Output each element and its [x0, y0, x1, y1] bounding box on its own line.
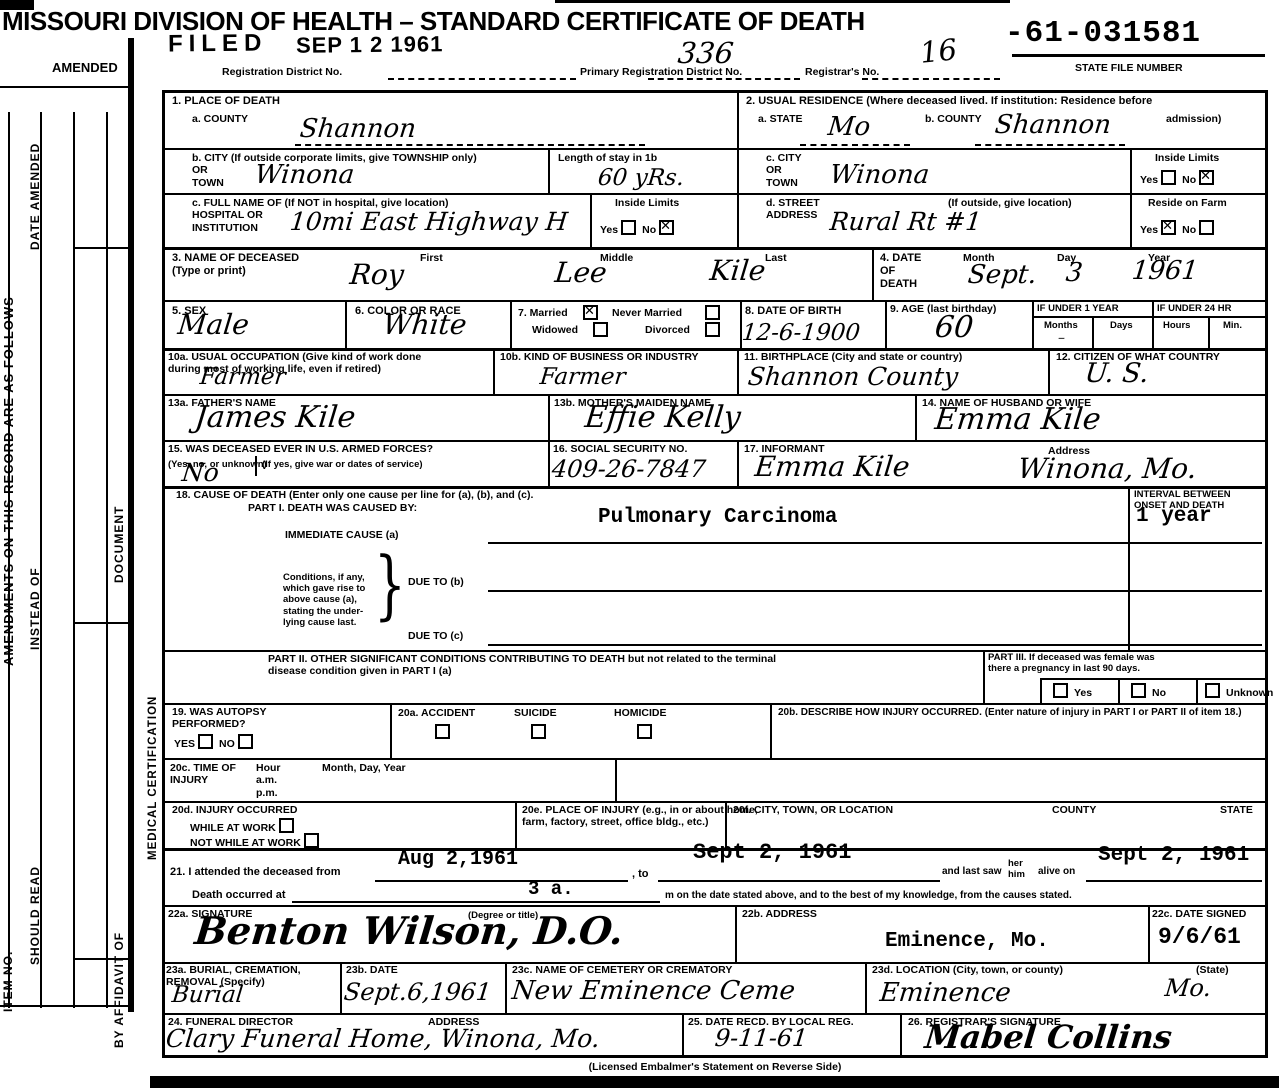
usual-occupation-value: Farmer: [199, 364, 287, 390]
registrar-no-label: Registrar's No.: [805, 66, 879, 78]
injury-county-label: COUNTY: [1052, 804, 1096, 816]
line: [1128, 486, 1130, 650]
date-received-value: 9-11-61: [714, 1024, 810, 1052]
hours-label: Hours: [1163, 320, 1190, 331]
line: [0, 1005, 128, 1007]
line: [493, 348, 495, 394]
line: [800, 144, 910, 146]
signer-address-label: 22b. ADDRESS: [742, 908, 817, 920]
item-no-label: ITEM NO.: [1, 951, 15, 1012]
state-label: a. STATE: [758, 113, 803, 125]
yes-checkbox: [198, 734, 213, 749]
city-value: Winona: [253, 160, 355, 190]
signer-address-value: Eminence, Mo.: [885, 930, 1049, 953]
inside-limits-2c-label: Inside Limits: [1155, 152, 1219, 164]
armed-forces-value: No: [180, 458, 220, 487]
amended-label: AMENDED: [52, 60, 118, 75]
line: [1032, 316, 1268, 318]
social-security-label: 16. SOCIAL SECURITY NO.: [553, 443, 687, 455]
not-while-at-work-label: NOT WHILE AT WORK: [190, 837, 301, 849]
attended-to-label: , to: [632, 868, 649, 881]
yes-checkbox: [1161, 220, 1176, 235]
month-day-year-label: Month, Day, Year: [322, 762, 406, 774]
accident-label: 20a. ACCIDENT: [398, 707, 475, 719]
location-value: Eminence: [878, 978, 1012, 1008]
line: [162, 90, 1268, 93]
place-of-injury-label: 20e. PLACE OF INJURY (e.g., in or about …: [522, 804, 758, 829]
inside-limits-1c-checkboxes: YesNo: [600, 220, 680, 236]
kind-of-business-label: 10b. KIND OF BUSINESS OR INDUSTRY: [500, 351, 699, 363]
accident-checkbox: [435, 724, 450, 739]
usual-residence-label-2: admission): [1166, 113, 1221, 125]
yes-label: Yes: [1074, 687, 1092, 699]
line: [1148, 905, 1150, 962]
street-address-value: Rural Rt #1: [828, 207, 982, 236]
registrar-no-value: 16: [918, 32, 958, 70]
line: [1092, 316, 1094, 348]
death-year-value: 1961: [1130, 256, 1199, 286]
last-saw-label: and last saw: [942, 866, 1001, 878]
months-value: –: [1057, 330, 1066, 346]
line: [548, 394, 550, 440]
line: [162, 905, 1268, 907]
line: [1118, 678, 1120, 703]
line: [885, 300, 887, 348]
never-married-checkbox: [705, 305, 720, 320]
line: [375, 880, 628, 882]
line: [292, 901, 660, 903]
hour-ampm-label: Hour a.m. p.m.: [256, 762, 281, 799]
line: [648, 78, 800, 80]
residence-city-label: c. CITY OR TOWN: [766, 152, 802, 189]
line: [865, 962, 867, 1013]
death-month-value: Sept.: [966, 260, 1038, 290]
cemetery-label: 23c. NAME OF CEMETERY OR CREMATORY: [512, 964, 732, 976]
age-value: 60: [933, 310, 975, 345]
line: [488, 590, 1262, 592]
line: [658, 880, 940, 882]
cemetery-value: New Eminence Ceme: [510, 976, 796, 1006]
suicide-checkbox: [531, 724, 546, 739]
kind-of-business-value: Farmer: [539, 364, 627, 390]
inside-limits-1c-label: Inside Limits: [615, 197, 679, 209]
him-label: him: [1008, 869, 1025, 880]
yes-label: YES: [174, 738, 195, 750]
death-time-value: 3 a.: [528, 878, 574, 900]
usual-residence-label: 2. USUAL RESIDENCE (Where deceased lived…: [746, 95, 1152, 108]
unknown-checkbox: [1205, 683, 1220, 698]
yes-label: Yes: [1140, 174, 1158, 186]
pregnancy-unknown: Unknown: [1202, 683, 1273, 699]
not-while-at-work-checkbox: [304, 833, 319, 848]
burial-date-label: 23b. DATE: [346, 964, 398, 976]
attended-from-value: Aug 2,1961: [398, 848, 518, 871]
embalmer-note: (Licensed Embalmer's Statement on Revers…: [162, 1061, 1268, 1073]
line: [615, 758, 617, 801]
first-name-value: Roy: [348, 258, 405, 291]
citizen-value: U. S.: [1083, 358, 1150, 389]
attended-to-value: Sept 2, 1961: [693, 840, 851, 865]
death-occurred-label: Death occurred at: [192, 889, 286, 902]
immediate-cause-value: Pulmonary Carcinoma: [598, 506, 837, 529]
line: [162, 247, 1268, 250]
while-at-work-checkbox: [279, 818, 294, 833]
line: [388, 78, 576, 80]
amendments-note: AMENDMENTS ON THIS RECORD ARE AS FOLLOWS: [1, 296, 16, 666]
autopsy-label: 19. WAS AUTOPSY PERFORMED?: [172, 706, 267, 731]
location-state-value: Mo.: [1164, 974, 1213, 1002]
last-alive-value: Sept 2, 1961: [1098, 844, 1249, 867]
no-checkbox: [238, 734, 253, 749]
no-label: No: [1182, 174, 1196, 186]
sidebar-divider-bar: [128, 38, 134, 1012]
last-name-value: Kile: [708, 254, 767, 287]
date-of-birth-label: 8. DATE OF BIRTH: [745, 305, 841, 318]
line: [162, 193, 1268, 195]
min-label: Min.: [1223, 320, 1242, 331]
yes-checkbox: [1053, 683, 1068, 698]
line: [1032, 300, 1034, 348]
yes-label: Yes: [1140, 224, 1158, 236]
medical-certification-label: MEDICAL CERTIFICATION: [147, 696, 159, 860]
line: [162, 703, 1268, 705]
conditions-note: Conditions, if any, which gave rise to a…: [283, 572, 365, 628]
attended-lead: 21. I attended the deceased from: [170, 866, 341, 879]
line: [0, 86, 128, 88]
line: [862, 78, 1000, 80]
armed-forces-hint2: (If yes, give war or dates of service): [262, 459, 423, 470]
should-read-label: SHOULD READ: [28, 866, 42, 965]
informant-name-value: Emma Kile: [753, 450, 911, 483]
city-town-location-label: 20f. CITY, TOWN, OR LOCATION: [733, 804, 893, 816]
line: [515, 801, 517, 848]
line: [737, 348, 739, 394]
line: [1086, 880, 1262, 882]
scan-artifact: [555, 0, 1010, 3]
length-of-stay-value: 60 yRs.: [597, 165, 686, 191]
instead-of-label: INSTEAD OF: [28, 567, 42, 650]
no-checkbox: [1131, 683, 1146, 698]
unknown-label: Unknown: [1226, 687, 1273, 699]
no-checkbox: [659, 220, 674, 235]
name-of-deceased-label: 3. NAME OF DECEASED (Type or print): [172, 252, 299, 278]
time-of-injury-label: 20c. TIME OF INJURY: [170, 762, 236, 787]
no-label: No: [1152, 687, 1166, 699]
date-of-death-label: 4. DATE OF DEATH: [880, 252, 921, 291]
date-of-birth-value: 12-6-1900: [741, 320, 862, 346]
husband-wife-value: Emma Kile: [933, 402, 1102, 437]
line: [735, 905, 737, 962]
line: [1152, 300, 1154, 348]
line: [770, 703, 772, 758]
line: [162, 90, 165, 1058]
filed-stamp: FILED: [168, 29, 268, 58]
line: [548, 440, 550, 486]
burial-date-value: Sept.6,1961: [343, 978, 493, 1006]
her-label: her: [1008, 858, 1023, 869]
never-married-label: Never Married: [612, 307, 682, 319]
yes-checkbox: [621, 220, 636, 235]
line: [737, 90, 739, 248]
reside-on-farm-checkboxes: YesNo: [1140, 220, 1220, 236]
document-label: DOCUMENT: [112, 506, 126, 583]
funeral-director-value: Clary Funeral Home, Winona, Mo.: [164, 1024, 601, 1053]
not-while-at-work: NOT WHILE AT WORK: [190, 833, 325, 849]
line: [975, 144, 1125, 146]
yes-checkbox: [1161, 170, 1176, 185]
inside-limits-2c-checkboxes: YesNo: [1140, 170, 1220, 186]
line: [1196, 678, 1198, 703]
state-file-number-label: STATE FILE NUMBER: [1075, 62, 1183, 74]
line: [488, 542, 1262, 544]
injury-occurred-label: 20d. INJURY OCCURRED: [172, 804, 297, 816]
homicide-label: HOMICIDE: [614, 707, 667, 719]
describe-injury-label: 20b. DESCRIBE HOW INJURY OCCURRED. (Ente…: [778, 707, 1242, 719]
line: [488, 644, 1262, 646]
hospital-value: 10mi East Highway H: [288, 207, 569, 236]
part3-label: PART III. If deceased was female was the…: [988, 652, 1155, 674]
due-to-c-label: DUE TO (c): [408, 630, 463, 642]
married-checkbox: [583, 305, 598, 320]
pregnancy-no: No: [1128, 683, 1166, 699]
days-label: Days: [1110, 320, 1133, 331]
first-label: First: [420, 252, 443, 264]
line: [1048, 348, 1050, 394]
line: [548, 148, 550, 193]
mothers-maiden-name-value: Effie Kelly: [583, 400, 742, 435]
death-certificate-scan: MISSOURI DIVISION OF HEALTH – STANDARD C…: [0, 0, 1279, 1088]
line: [1012, 54, 1265, 57]
line: [510, 300, 512, 348]
line: [162, 758, 1268, 760]
interval-value: 1 year: [1136, 505, 1212, 528]
line: [390, 703, 392, 758]
if-under-24-hr-label: IF UNDER 24 HR: [1157, 303, 1231, 314]
line: [162, 394, 1268, 396]
line: [1208, 316, 1210, 348]
line: [737, 440, 739, 486]
death-day-value: 3: [1064, 258, 1084, 288]
date-signed-value: 9/6/61: [1158, 924, 1241, 950]
no-label: NO: [219, 738, 235, 750]
line: [162, 801, 1268, 803]
physician-signature: Benton Wilson, D.O.: [193, 908, 626, 953]
line: [983, 650, 985, 703]
due-to-b-label: DUE TO (b): [408, 576, 464, 588]
sex-value: Male: [176, 308, 250, 341]
no-label: No: [642, 224, 656, 236]
residence-county-label: b. COUNTY: [925, 113, 982, 125]
line: [872, 247, 874, 300]
burial-value: Burial: [171, 982, 245, 1008]
line: [345, 300, 347, 348]
part2-label: PART II. OTHER SIGNIFICANT CONDITIONS CO…: [268, 653, 776, 678]
line: [590, 193, 592, 247]
line: [1130, 148, 1132, 247]
state-value: Mo: [826, 112, 871, 142]
line: [1040, 678, 1268, 680]
while-at-work: WHILE AT WORK: [190, 818, 300, 834]
autopsy-checkboxes: YESNO: [174, 734, 259, 750]
line: [295, 144, 645, 146]
line: [1265, 90, 1268, 1058]
birthplace-value: Shannon County: [746, 362, 959, 391]
line: [1040, 678, 1042, 703]
immediate-cause-label: IMMEDIATE CAUSE (a): [285, 529, 399, 541]
widowed-label: Widowed: [532, 324, 578, 336]
yes-label: Yes: [600, 224, 618, 236]
divorced-checkbox: [705, 322, 720, 337]
line: [900, 1013, 902, 1055]
date-amended-label: DATE AMENDED: [28, 143, 42, 250]
injury-state-label: STATE: [1220, 804, 1253, 816]
county-label: a. COUNTY: [192, 113, 248, 125]
widowed-checkbox: [593, 322, 608, 337]
line: [682, 1013, 684, 1055]
middle-name-value: Lee: [553, 256, 608, 289]
homicide-checkbox: [637, 724, 652, 739]
no-checkbox: [1199, 220, 1214, 235]
line: [73, 622, 128, 624]
social-security-value: 409-26-7847: [551, 455, 708, 483]
residence-city-value: Winona: [828, 160, 930, 190]
alive-on-label: alive on: [1038, 866, 1075, 878]
line: [162, 1013, 1268, 1015]
line: [73, 247, 128, 249]
fathers-name-value: James Kile: [193, 400, 357, 435]
pregnancy-yes: Yes: [1050, 683, 1092, 699]
line: [162, 440, 1268, 442]
no-label: No: [1182, 224, 1196, 236]
armed-forces-label: 15. WAS DECEASED EVER IN U.S. ARMED FORC…: [168, 443, 433, 455]
street-address-label: d. STREET ADDRESS: [766, 197, 820, 222]
registration-district-label: Registration District No.: [222, 66, 342, 78]
cause-of-death-label: 18. CAUSE OF DEATH (Enter only one cause…: [176, 489, 533, 501]
primary-registration-value: 336: [676, 36, 735, 70]
length-of-stay-label: Length of stay in 1b: [558, 152, 657, 164]
color-race-value: White: [381, 308, 468, 341]
line: [162, 148, 1268, 150]
if-under-1-year-label: IF UNDER 1 YEAR: [1037, 303, 1119, 314]
line: [915, 394, 917, 440]
residence-county-value: Shannon: [993, 110, 1112, 140]
informant-address-value: Winona, Mo.: [1016, 452, 1198, 485]
by-affidavit-label: BY AFFIDAVIT OF: [112, 932, 126, 1048]
statement-tail: m on the date stated above, and to the b…: [665, 890, 1072, 902]
divorced-label: Divorced: [645, 324, 690, 336]
county-value: Shannon: [298, 114, 417, 144]
state-file-number: -61-031581: [1005, 16, 1201, 51]
reside-on-farm-label: Reside on Farm: [1148, 197, 1227, 209]
part1-label: PART I. DEATH WAS CAUSED BY:: [248, 502, 417, 514]
filed-date-stamp: SEP 1 2 1961: [296, 31, 444, 58]
place-of-death-label: 1. PLACE OF DEATH: [172, 95, 280, 108]
suicide-label: SUICIDE: [514, 707, 557, 719]
no-checkbox: [1199, 170, 1214, 185]
last-label: Last: [765, 252, 787, 264]
line: [162, 300, 1268, 302]
conditions-brace: }: [374, 541, 406, 630]
married-label: 7. Married: [518, 307, 568, 319]
registrar-signature-value: Mabel Collins: [923, 1018, 1174, 1056]
location-label: 23d. LOCATION (City, town, or county): [872, 964, 1063, 976]
bottom-scan-bar: [150, 1076, 1279, 1088]
date-signed-label: 22c. DATE SIGNED: [1152, 908, 1246, 920]
line: [505, 962, 507, 1013]
